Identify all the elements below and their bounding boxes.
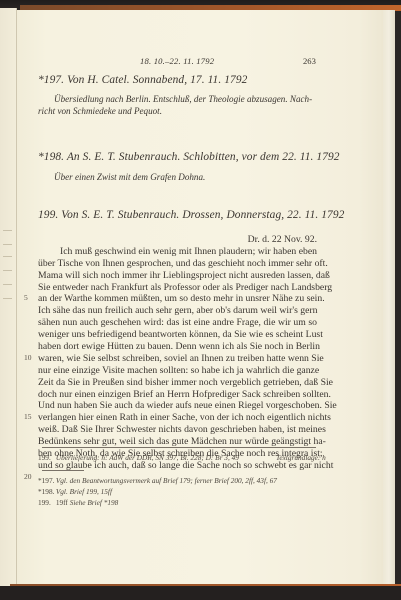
line-number-15: 15 <box>24 412 32 421</box>
body-line-2: über Tische von Ihnen gesprochen, und da… <box>38 258 317 270</box>
page-number: 263 <box>303 56 316 66</box>
line-number-10: 10 <box>24 353 32 362</box>
book-cover-bottom <box>0 586 401 600</box>
letter-heading-197: *197. Von H. Catel. Sonnabend, 17. 11. 1… <box>38 74 247 86</box>
body-line-12: Zeit da Sie in Preußen sind bisher immer… <box>38 377 317 389</box>
body-line-1: Ich muß geschwind ein wenig mit Ihnen pl… <box>38 246 317 258</box>
body-line-6: Ich sähe das nun freilich auch sehr gern… <box>38 305 317 317</box>
note-199: 199. 19ff Siehe Brief *198 <box>38 498 118 507</box>
summary-line: Über einen Zwist mit dem Grafen Dohna. <box>38 172 320 184</box>
summary-line: Übersiedlung nach Berlin. Entschluß, der… <box>38 94 320 106</box>
notes-rule <box>42 470 84 471</box>
summary-line: richt von Schmiedeke und Pequot. <box>38 106 320 118</box>
note-198: *198. Vgl. Brief 199, 15ff <box>38 487 112 496</box>
line-number-5: 5 <box>24 293 28 302</box>
body-line-5: an der Warthe kommen müßten, um so desto… <box>38 293 317 305</box>
transmission-note: 199. Überlieferung: h: AdW der DDR, SN 3… <box>38 453 239 462</box>
letter-summary-197: Übersiedlung nach Berlin. Entschluß, der… <box>38 94 320 117</box>
body-line-11: nur eine einzige Visite machen sollten: … <box>38 365 317 377</box>
note-197: *197. Vgl. den Beantwortungsvermerk auf … <box>38 476 277 485</box>
body-line-14: Und nun haben Sie auch da wieder aufs ne… <box>38 400 317 412</box>
body-line-15: verlangen hier einen Rath in einer Sache… <box>38 412 317 424</box>
running-head-date-range: 18. 10.–22. 11. 1792 <box>140 56 316 66</box>
line-number-20: 20 <box>24 472 32 481</box>
body-line-13: doch nur einen einzigen Brief an Herrn H… <box>38 389 317 401</box>
body-line-10: waren, wie Sie selbst schreiben, soviel … <box>38 353 317 365</box>
dateline: Dr. d. 22 Nov. 92. <box>38 234 317 246</box>
body-line-3: Mama will sich noch immer ihr Lieblingsp… <box>38 270 317 282</box>
body-line-8: weniger uns befriedigend beantworten kön… <box>38 329 317 341</box>
letter-heading-199: 199. Von S. E. T. Stubenrauch. Drossen, … <box>38 209 344 221</box>
body-line-7: sähen nun auch geschehen wird: das ist e… <box>38 317 317 329</box>
letter-heading-198: *198. An S. E. T. Stubenrauch. Schlobitt… <box>38 151 340 163</box>
apparatus-rule <box>42 447 316 448</box>
body-line-16: weiß. Daß Sie Ihrer Schwester nichts dav… <box>38 424 317 436</box>
body-line-4: Sie entweder nach Frankfurt als Professo… <box>38 282 317 294</box>
page-edge-right <box>383 10 395 588</box>
letter-summary-198: Über einen Zwist mit dem Grafen Dohna. <box>38 172 320 184</box>
body-line-9: haben dort ewige Hütten zu bauen. Denn w… <box>38 341 317 353</box>
letter-body-199: Dr. d. 22 Nov. 92. Ich muß geschwind ein… <box>38 234 317 472</box>
left-page-edge <box>0 8 17 588</box>
